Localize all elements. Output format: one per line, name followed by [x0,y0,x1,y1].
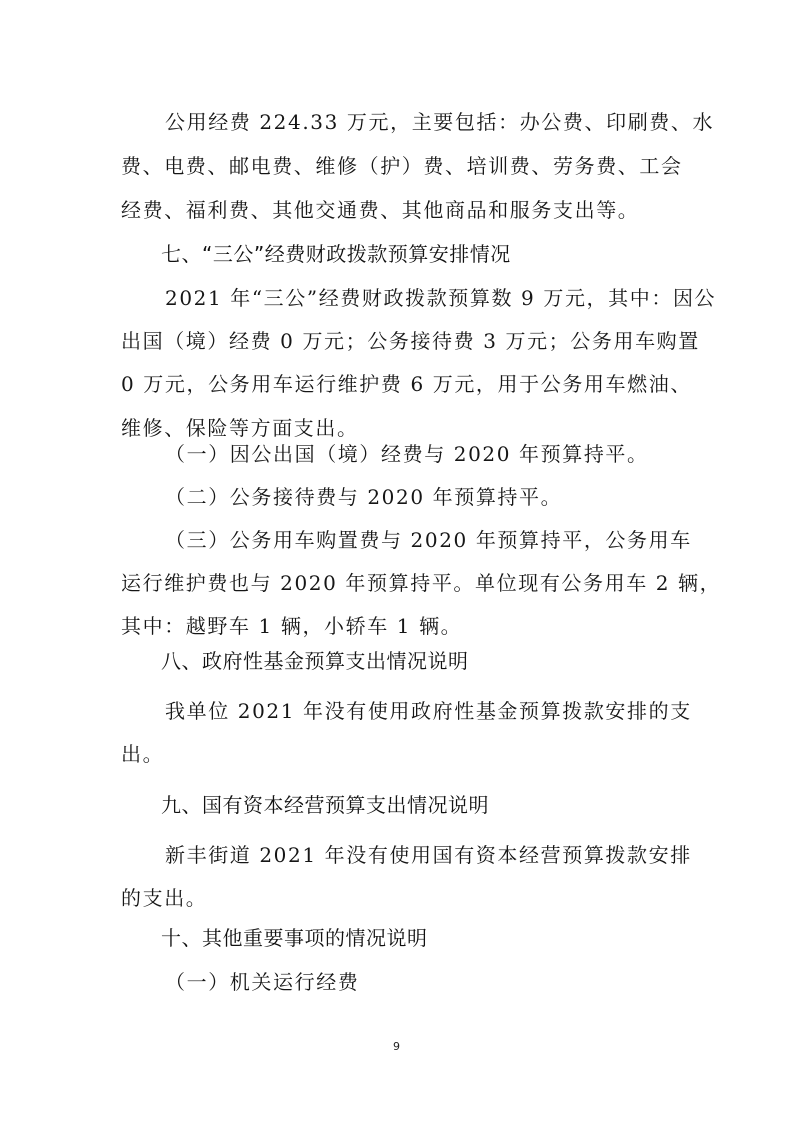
paragraph-line: 我单位 2021 年没有使用政府性基金预算拨款安排的支 [165,697,692,725]
paragraph-line: 出。 [121,740,164,768]
subheading: （一）机关运行经费 [165,968,359,996]
paragraph-line: 0 万元，公务用车运行维护费 6 万元，用于公务用车燃油、 [121,370,692,398]
list-item-1: （一）因公出国（境）经费与 2020 年预算持平。 [165,440,649,468]
section-heading-8: 八、政府性基金预算支出情况说明 [161,647,469,675]
list-item-3: （三）公务用车购置费与 2020 年预算持平，公务用车 [165,526,692,554]
paragraph-line: 公用经费 224.33 万元，主要包括：办公费、印刷费、水 [165,108,714,136]
section-heading-10: 十、其他重要事项的情况说明 [161,924,428,952]
paragraph-line: 运行维护费也与 2020 年预算持平。单位现有公务用车 2 辆， [121,569,721,597]
page-number: 9 [0,1040,793,1053]
paragraph-line: 维修、保险等方面支出。 [121,414,359,442]
paragraph-line: 经费、福利费、其他交通费、其他商品和服务支出等。 [121,196,639,224]
section-heading-7: 七、“三公”经费财政拨款预算安排情况 [161,240,511,268]
list-item-2: （二）公务接待费与 2020 年预算持平。 [165,483,562,511]
paragraph-line: 费、电费、邮电费、维修（护）费、培训费、劳务费、工会 [121,152,683,180]
document-page: 公用经费 224.33 万元，主要包括：办公费、印刷费、水 费、电费、邮电费、维… [0,0,793,1122]
paragraph-line: 2021 年“三公”经费财政拨款预算数 9 万元，其中：因公 [165,284,716,312]
paragraph-line: 出国（境）经费 0 万元；公务接待费 3 万元；公务用车购置 [121,327,700,355]
paragraph-line: 新丰街道 2021 年没有使用国有资本经营预算拨款安排 [165,841,692,869]
paragraph-line: 其中：越野车 1 辆，小轿车 1 辆。 [121,612,462,640]
paragraph-line: 的支出。 [121,884,207,912]
section-heading-9: 九、国有资本经营预算支出情况说明 [161,791,489,819]
